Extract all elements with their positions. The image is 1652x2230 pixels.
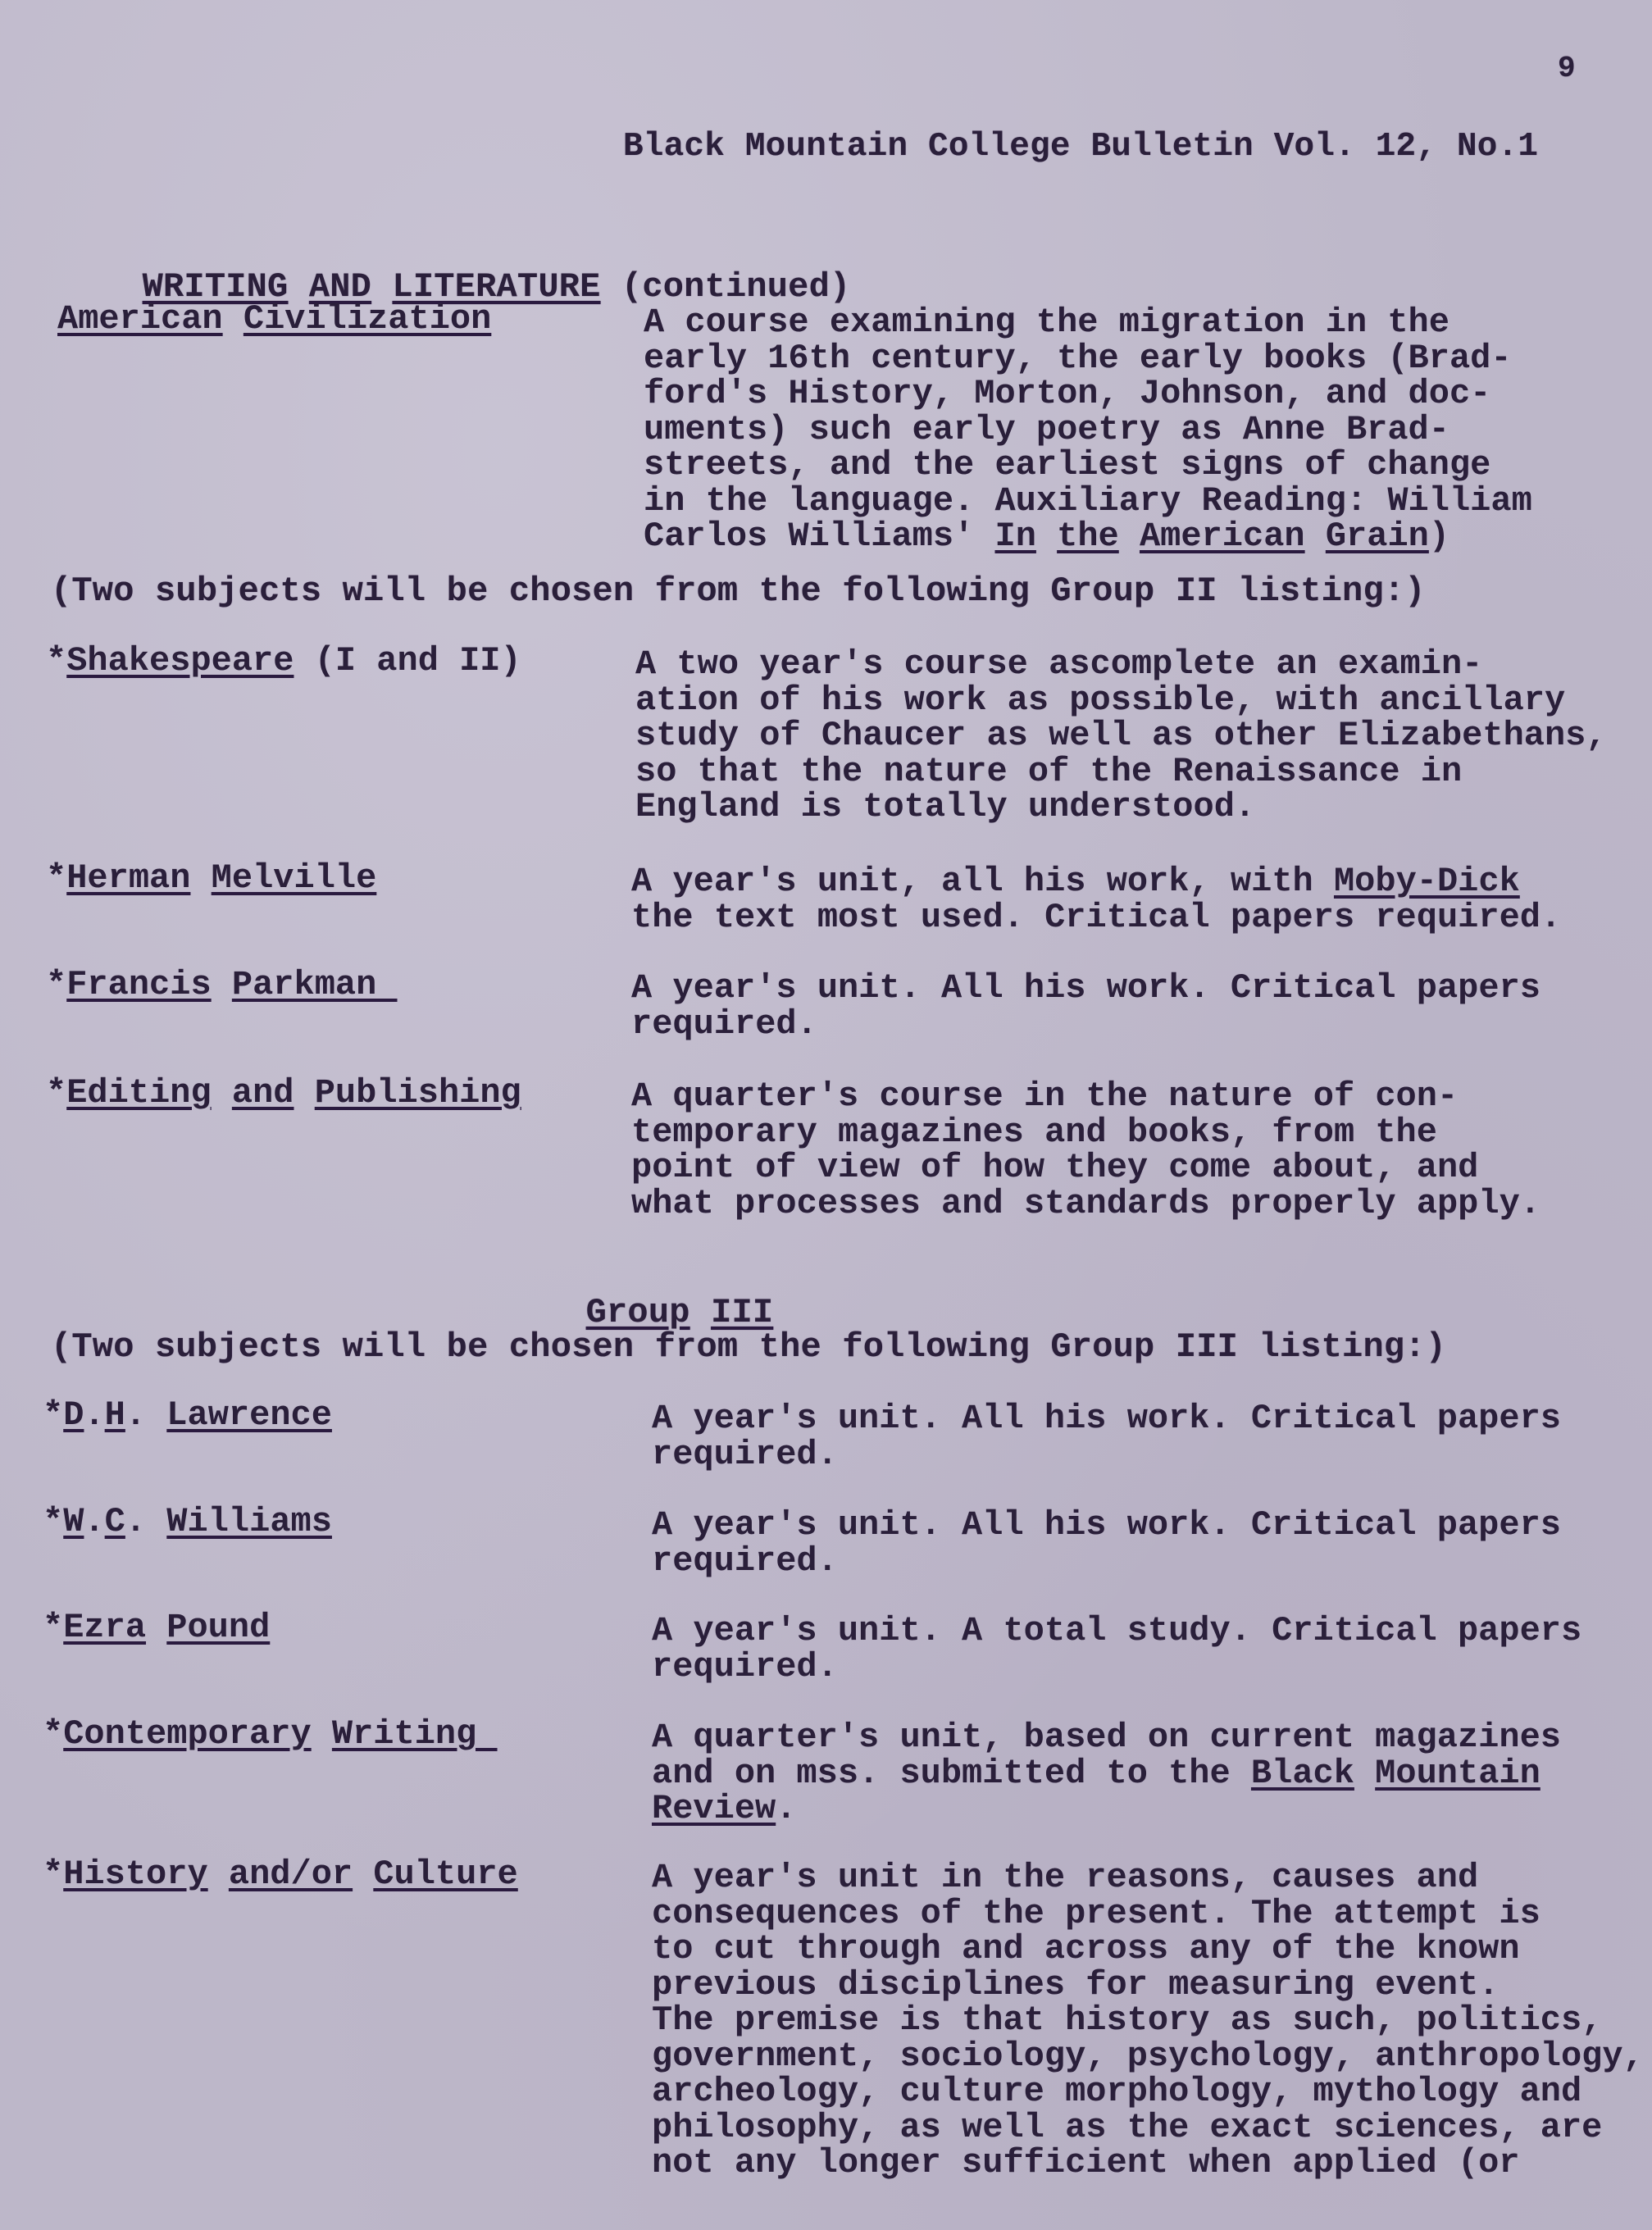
description-line: philosophy, as well as the exact science…: [652, 2110, 1644, 2146]
text-fragment: Carlos Williams': [644, 517, 994, 556]
text-fragment: *: [43, 1502, 63, 1541]
text-fragment: .: [84, 1395, 104, 1435]
description-line: archeology, culture morphology, mytholog…: [652, 2074, 1644, 2110]
bulletin-header: Black Mountain College Bulletin Vol. 12,…: [623, 130, 1538, 165]
course-description: A year's unit in the reasons, causes and…: [652, 1860, 1644, 2182]
description-line: A year's unit, all his work, with Moby-D…: [631, 864, 1561, 900]
description-line: required.: [652, 1437, 1561, 1473]
course-description: A year's unit. All his work. Critical pa…: [652, 1508, 1561, 1579]
course-title: *History and/or Culture: [43, 1857, 518, 1892]
underlined-text: In: [994, 517, 1035, 556]
course-title: *Contemporary Writing: [43, 1717, 498, 1752]
course-title: *Francis Parkman: [46, 967, 398, 1003]
underlined-text: Contemporary: [63, 1714, 311, 1754]
course-description: A year's unit. A total study. Critical p…: [652, 1613, 1581, 1685]
course-description: A two year's course ascomplete an examin…: [635, 647, 1607, 826]
description-line: A year's unit. All his work. Critical pa…: [652, 1508, 1561, 1544]
underlined-text: the: [1057, 517, 1119, 556]
course-title: *D.H. Lawrence: [43, 1398, 332, 1433]
description-line: Review.: [652, 1791, 1561, 1827]
text-fragment: [190, 858, 211, 898]
text-fragment: *: [46, 1073, 66, 1113]
description-line: Carlos Williams' In the American Grain): [644, 519, 1532, 555]
underlined-text: Shakespeare: [66, 641, 294, 680]
underlined-text: Writing: [332, 1714, 498, 1754]
underlined-text: H: [105, 1395, 125, 1435]
text-fragment: *: [46, 858, 66, 898]
course-title: *Ezra Pound: [43, 1610, 270, 1645]
text-fragment: *: [43, 1855, 63, 1894]
underlined-text: W: [63, 1502, 84, 1541]
underlined-text: Parkman: [232, 965, 398, 1004]
group-3-title-word: Group: [586, 1293, 690, 1332]
description-line: England is totally understood.: [635, 790, 1607, 826]
text-fragment: ): [1429, 517, 1449, 556]
course-description: A course examining the migration in thee…: [644, 305, 1532, 555]
underlined-text: Lawrence: [166, 1395, 332, 1435]
text-fragment: [353, 1855, 373, 1894]
description-line: temporary magazines and books, from the: [631, 1115, 1541, 1151]
section-title-suffix: (continued): [601, 267, 851, 307]
description-line: in the language. Auxiliary Reading: Will…: [644, 484, 1532, 520]
course-title: American Civilization: [57, 302, 491, 337]
text-fragment: .: [125, 1395, 166, 1435]
underlined-text: D: [63, 1395, 84, 1435]
description-line: what processes and standards properly ap…: [631, 1186, 1541, 1222]
description-line: ation of his work as possible, with anci…: [635, 683, 1607, 719]
underlined-text: and: [232, 1073, 294, 1113]
underlined-text: Pound: [166, 1608, 270, 1647]
text-fragment: [146, 1608, 166, 1647]
course-description: A year's unit. All his work. Critical pa…: [631, 971, 1541, 1042]
text-fragment: *: [43, 1608, 63, 1647]
description-line: A year's unit. A total study. Critical p…: [652, 1613, 1581, 1650]
text-fragment: *: [43, 1395, 63, 1435]
text-fragment: [1036, 517, 1057, 556]
text-fragment: *: [43, 1714, 63, 1754]
underlined-text: Culture: [373, 1855, 517, 1894]
text-fragment: [223, 299, 243, 339]
description-line: A course examining the migration in the: [644, 305, 1532, 341]
description-line: ford's History, Morton, Johnson, and doc…: [644, 376, 1532, 412]
course-description: A quarter's course in the nature of con-…: [631, 1079, 1541, 1222]
description-line: required.: [631, 1007, 1541, 1043]
underlined-text: Review: [652, 1789, 776, 1828]
text-fragment: [212, 965, 232, 1004]
description-line: not any longer sufficient when applied (…: [652, 2146, 1644, 2182]
text-fragment: [312, 1714, 332, 1754]
underlined-text: and/or: [229, 1855, 353, 1894]
description-line: government, sociology, psychology, anthr…: [652, 2039, 1644, 2075]
text-fragment: *: [46, 641, 66, 680]
underlined-text: History: [63, 1855, 207, 1894]
page-number: 9: [1558, 51, 1576, 86]
text-fragment: .: [125, 1502, 166, 1541]
underlined-text: Herman: [66, 858, 190, 898]
underlined-text: Williams: [166, 1502, 332, 1541]
description-line: and on mss. submitted to the Black Mount…: [652, 1756, 1561, 1792]
text-fragment: *: [46, 965, 66, 1004]
description-line: The premise is that history as such, pol…: [652, 2003, 1644, 2039]
text-fragment: A quarter's unit, based on current magaz…: [652, 1718, 1561, 1757]
underlined-text: Melville: [212, 858, 377, 898]
description-line: uments) such early poetry as Anne Brad-: [644, 412, 1532, 448]
course-title: *W.C. Williams: [43, 1504, 332, 1540]
group-3-note: (Two subjects will be chosen from the fo…: [51, 1330, 1446, 1365]
course-description: A year's unit. All his work. Critical pa…: [652, 1401, 1561, 1472]
description-line: study of Chaucer as well as other Elizab…: [635, 718, 1607, 754]
group-2-note: (Two subjects will be chosen from the fo…: [51, 574, 1426, 609]
course-description: A year's unit, all his work, with Moby-D…: [631, 864, 1561, 935]
course-title: *Editing and Publishing: [46, 1076, 521, 1111]
underlined-text: Black: [1251, 1754, 1354, 1793]
document-page: 9 Black Mountain College Bulletin Vol. 1…: [0, 0, 1652, 2230]
description-line: to cut through and across any of the kno…: [652, 1932, 1644, 1968]
description-line: so that the nature of the Renaissance in: [635, 754, 1607, 790]
description-line: early 16th century, the early books (Bra…: [644, 341, 1532, 377]
underlined-text: Grain: [1326, 517, 1429, 556]
description-line: A two year's course ascomplete an examin…: [635, 647, 1607, 683]
course-title: *Shakespeare (I and II): [46, 644, 521, 679]
text-fragment: the text most used. Critical papers requ…: [631, 898, 1561, 937]
underlined-text: Francis: [66, 965, 211, 1004]
text-fragment: .: [776, 1789, 796, 1828]
underlined-text: Publishing: [315, 1073, 521, 1113]
description-line: consequences of the present. The attempt…: [652, 1896, 1644, 1932]
text-fragment: A year's unit, all his work, with: [631, 862, 1334, 901]
description-line: the text most used. Critical papers requ…: [631, 900, 1561, 936]
course-description: A quarter's unit, based on current magaz…: [652, 1720, 1561, 1827]
text-fragment: .: [84, 1502, 104, 1541]
course-title: *Herman Melville: [46, 861, 376, 896]
description-line: previous disciplines for measuring event…: [652, 1968, 1644, 2004]
underlined-text: C: [105, 1502, 125, 1541]
underlined-text: Ezra: [63, 1608, 146, 1647]
text-fragment: (I and II): [294, 641, 521, 680]
text-fragment: [1305, 517, 1326, 556]
description-line: A quarter's course in the nature of con-: [631, 1079, 1541, 1115]
text-fragment: [1354, 1754, 1375, 1793]
description-line: required.: [652, 1544, 1561, 1580]
underlined-text: American: [57, 299, 223, 339]
underlined-text: Editing: [66, 1073, 211, 1113]
group-3-title-word: III: [711, 1293, 773, 1332]
description-line: required.: [652, 1650, 1581, 1686]
text-fragment: and on mss. submitted to the: [652, 1754, 1251, 1793]
underlined-text: Moby-Dick: [1334, 862, 1520, 901]
text-fragment: [1119, 517, 1140, 556]
text-fragment: [208, 1855, 229, 1894]
description-line: point of view of how they come about, an…: [631, 1150, 1541, 1186]
description-line: A year's unit. All his work. Critical pa…: [652, 1401, 1561, 1437]
text-fragment: [212, 1073, 232, 1113]
underlined-text: Civilization: [243, 299, 491, 339]
underlined-text: Mountain: [1375, 1754, 1541, 1793]
underlined-text: American: [1140, 517, 1305, 556]
description-line: A quarter's unit, based on current magaz…: [652, 1720, 1561, 1756]
description-line: streets, and the earliest signs of chang…: [644, 448, 1532, 484]
text-fragment: [294, 1073, 315, 1113]
description-line: A year's unit. All his work. Critical pa…: [631, 971, 1541, 1007]
description-line: A year's unit in the reasons, causes and: [652, 1860, 1644, 1896]
